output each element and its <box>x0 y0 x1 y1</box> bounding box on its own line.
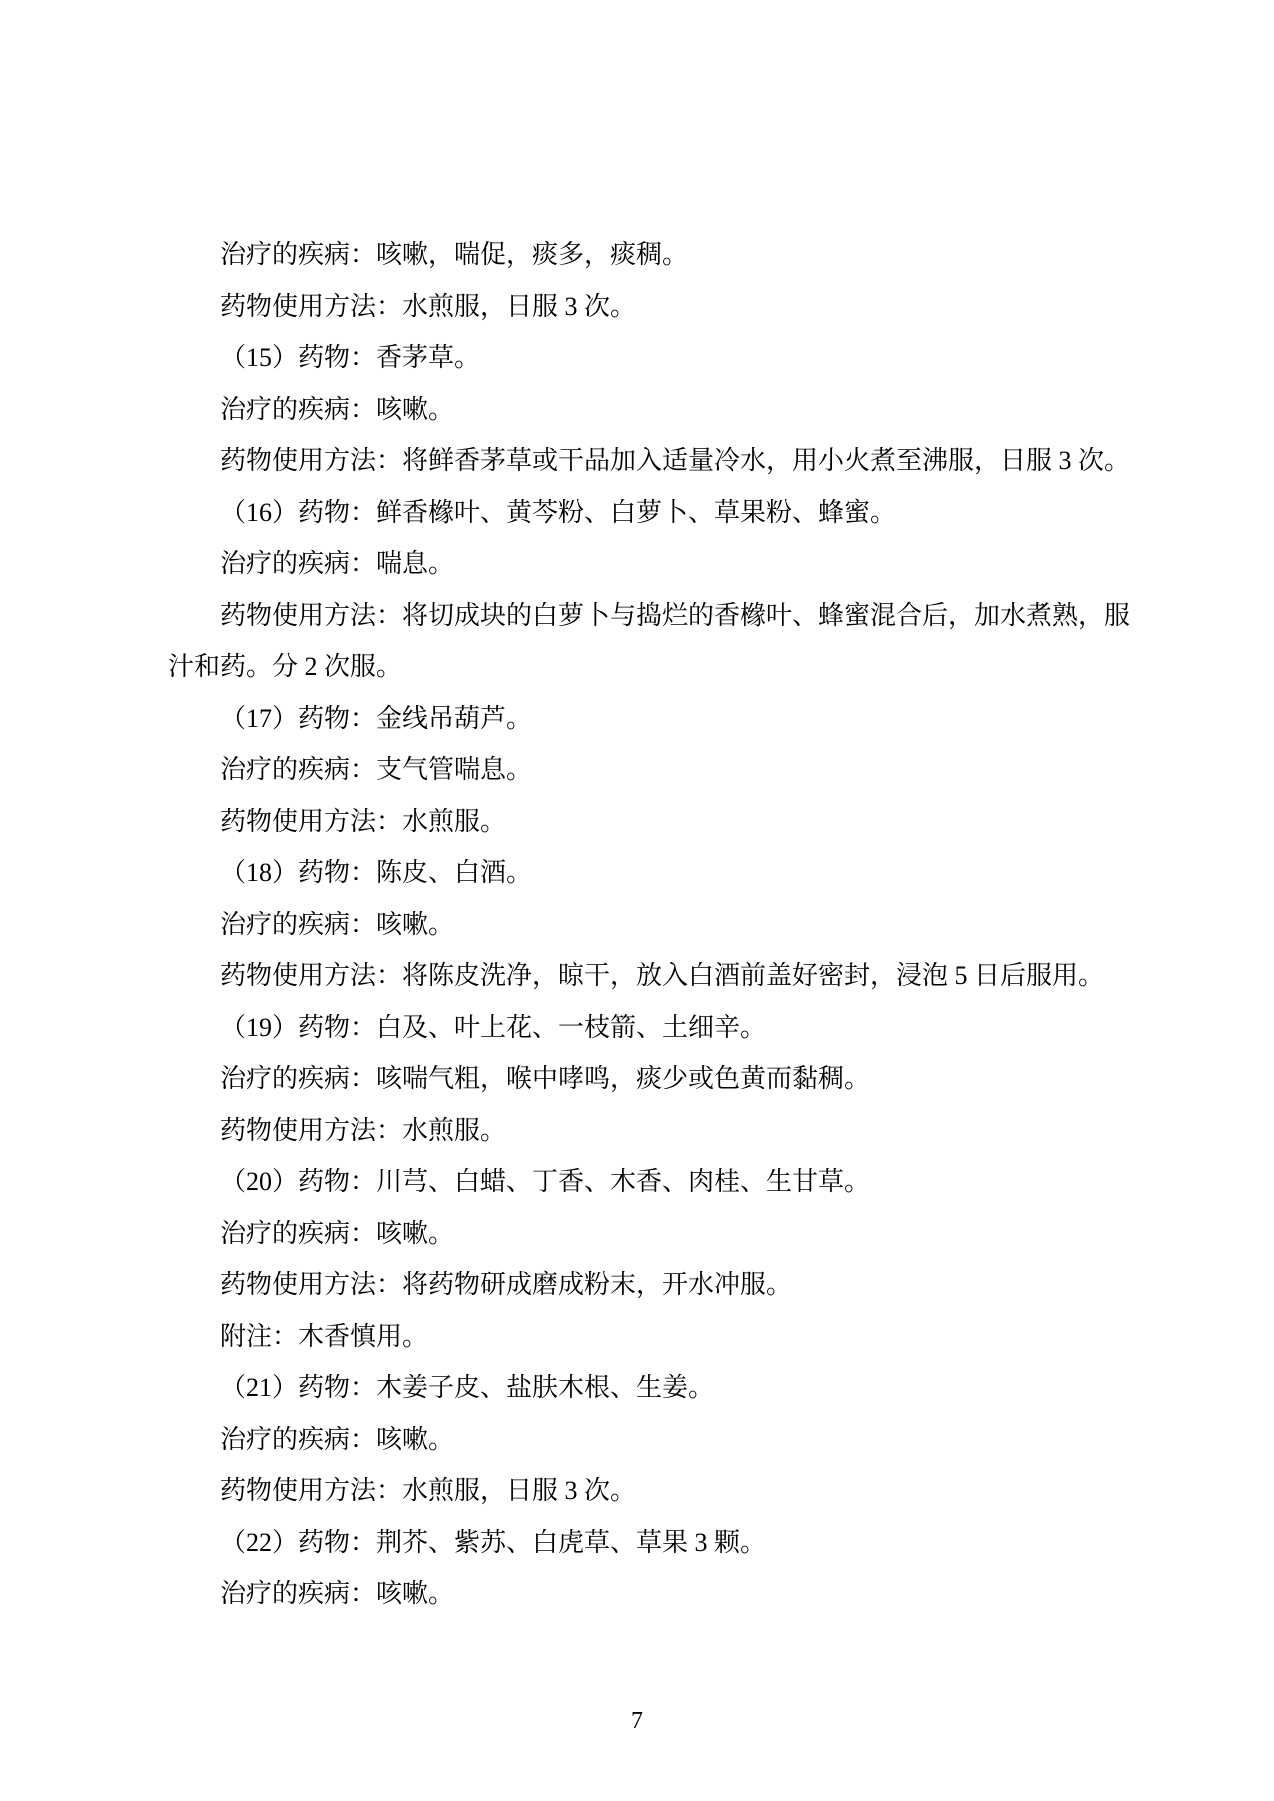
text-line: 治疗的疾病：喘息。 <box>168 538 1146 590</box>
text-line: 药物使用方法：将陈皮洗净，晾干，放入白酒前盖好密封，浸泡 5 日后服用。 <box>168 950 1146 1002</box>
text-line: （22）药物：荆芥、紫苏、白虎草、草果 3 颗。 <box>168 1517 1146 1569</box>
text-line: 药物使用方法：水煎服。 <box>168 796 1146 848</box>
text-line: 药物使用方法：水煎服，日服 3 次。 <box>168 281 1146 333</box>
text-line: 治疗的疾病：咳嗽。 <box>168 1568 1146 1620</box>
text-line: 药物使用方法：水煎服，日服 3 次。 <box>168 1465 1146 1517</box>
text-line: 附注：木香慎用。 <box>168 1311 1146 1363</box>
text-line: （18）药物：陈皮、白酒。 <box>168 847 1146 899</box>
text-line: 治疗的疾病：咳嗽。 <box>168 384 1146 436</box>
text-line: 汁和药。分 2 次服。 <box>168 641 1146 693</box>
text-line: （21）药物：木姜子皮、盐肤木根、生姜。 <box>168 1362 1146 1414</box>
text-line: 治疗的疾病：咳嗽。 <box>168 899 1146 951</box>
text-line: 药物使用方法：将鲜香茅草或干品加入适量冷水，用小火煮至沸服，日服 3 次。 <box>168 435 1146 487</box>
text-line: 治疗的疾病：咳嗽。 <box>168 1208 1146 1260</box>
text-line: （20）药物：川芎、白蜡、丁香、木香、肉桂、生甘草。 <box>168 1156 1146 1208</box>
page-number: 7 <box>0 1705 1274 1737</box>
text-line: （15）药物：香茅草。 <box>168 332 1146 384</box>
text-line: 治疗的疾病：咳嗽，喘促，痰多，痰稠。 <box>168 229 1146 281</box>
text-line: 治疗的疾病：咳喘气粗，喉中哮鸣，痰少或色黄而黏稠。 <box>168 1053 1146 1105</box>
text-line: （16）药物：鲜香橼叶、黄芩粉、白萝卜、草果粉、蜂蜜。 <box>168 487 1146 539</box>
text-line: 治疗的疾病：支气管喘息。 <box>168 744 1146 796</box>
text-line: （17）药物：金线吊葫芦。 <box>168 693 1146 745</box>
text-line: （19）药物：白及、叶上花、一枝箭、土细辛。 <box>168 1002 1146 1054</box>
text-line: 药物使用方法：水煎服。 <box>168 1105 1146 1157</box>
text-line: 药物使用方法：将药物研成磨成粉末，开水冲服。 <box>168 1259 1146 1311</box>
text-line: 治疗的疾病：咳嗽。 <box>168 1414 1146 1466</box>
text-line: 药物使用方法：将切成块的白萝卜与捣烂的香橼叶、蜂蜜混合后，加水煮熟，服 <box>168 590 1146 642</box>
document-body: 治疗的疾病：咳嗽，喘促，痰多，痰稠。药物使用方法：水煎服，日服 3 次。（15）… <box>168 229 1146 1620</box>
document-page: 治疗的疾病：咳嗽，喘促，痰多，痰稠。药物使用方法：水煎服，日服 3 次。（15）… <box>0 0 1274 1801</box>
